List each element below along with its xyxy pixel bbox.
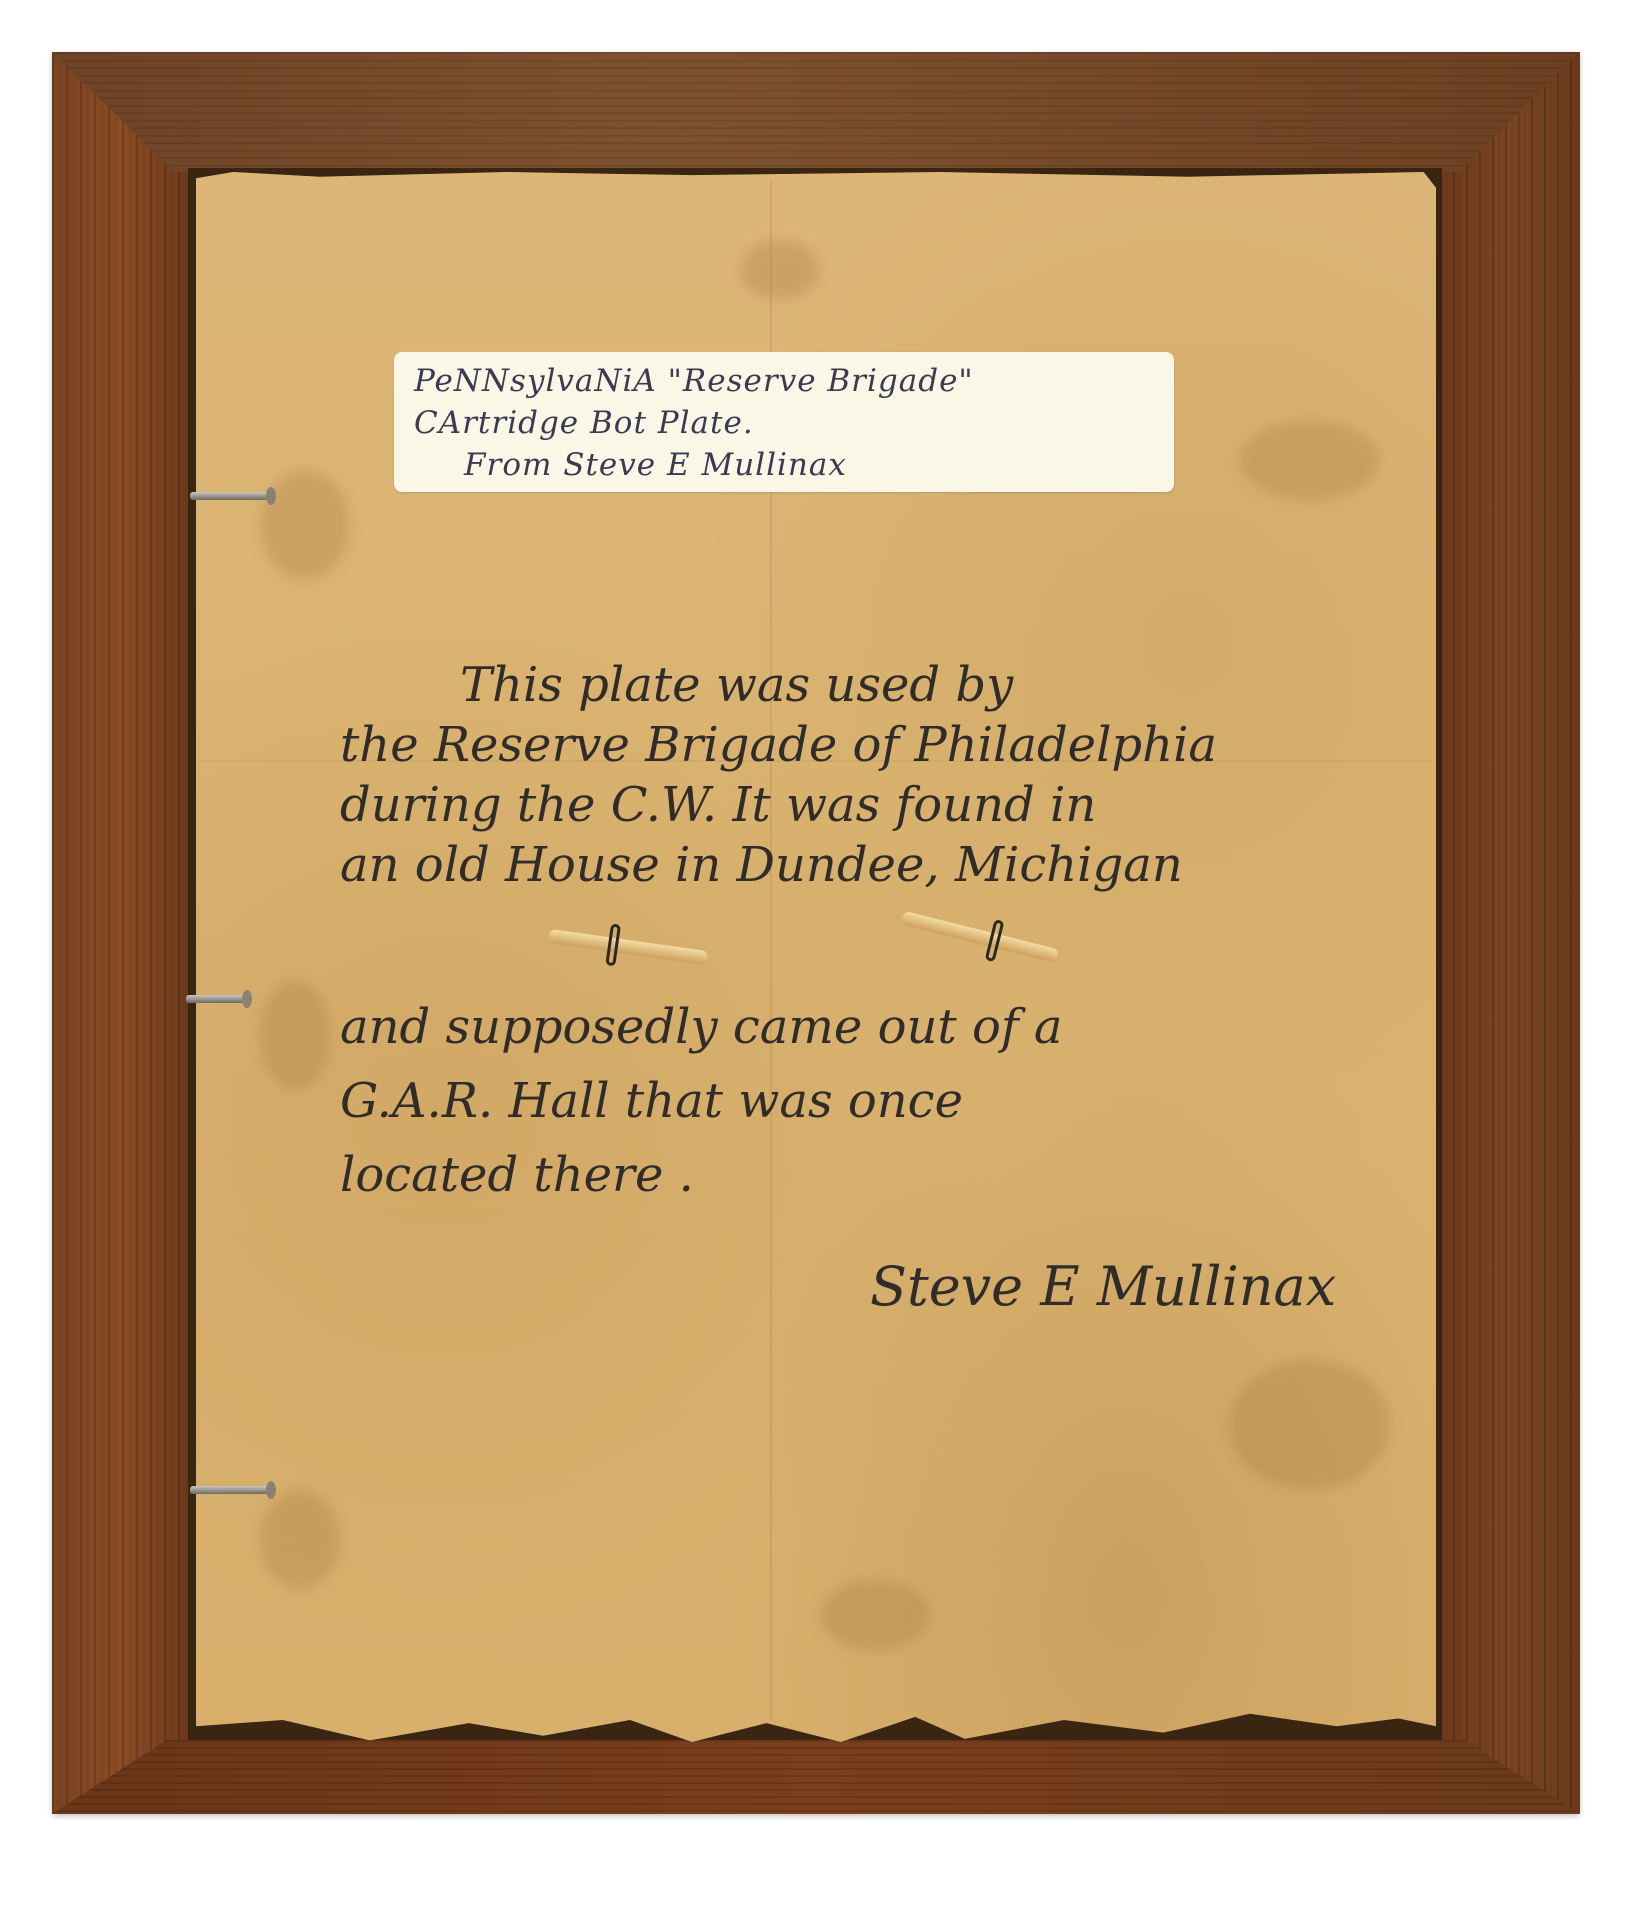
note-line: during the C.W. It was found in (340, 775, 1420, 835)
frame-right-stile (1440, 52, 1580, 1814)
handwritten-note-continued: and supposedly came out of a G.A.R. Hall… (340, 990, 1420, 1212)
stain (820, 1580, 930, 1650)
nail-icon (190, 1486, 270, 1494)
stain (1230, 1360, 1390, 1490)
label-line: From Steve E Mullinax (414, 444, 1154, 486)
stain (260, 980, 330, 1090)
note-line: G.A.R. Hall that was once (340, 1064, 1420, 1138)
note-line: This plate was used by (340, 655, 1420, 715)
label-line: PeNNsylvaNiA "Reserve Brigade" (414, 360, 1154, 402)
note-line: an old House in Dundee, Michigan (340, 835, 1420, 895)
paper-label: PeNNsylvaNiA "Reserve Brigade" CArtridge… (394, 352, 1174, 492)
label-line: CArtridge Bot Plate. (414, 402, 1154, 444)
nail-icon (186, 995, 246, 1003)
handwritten-note: This plate was used by the Reserve Briga… (340, 655, 1420, 895)
stain (260, 1490, 340, 1590)
note-line: the Reserve Brigade of Philadelphia (340, 715, 1420, 775)
stain (260, 470, 350, 580)
frame-bottom-rail (52, 1740, 1580, 1814)
stain (740, 240, 820, 300)
note-line: located there . (340, 1138, 1420, 1212)
frame-top-rail (52, 52, 1580, 172)
stain (1240, 420, 1380, 500)
frame-left-stile (52, 52, 190, 1814)
nail-icon (190, 492, 270, 500)
note-line: and supposedly came out of a (340, 990, 1420, 1064)
signature: Steve E Mullinax (870, 1255, 1336, 1318)
